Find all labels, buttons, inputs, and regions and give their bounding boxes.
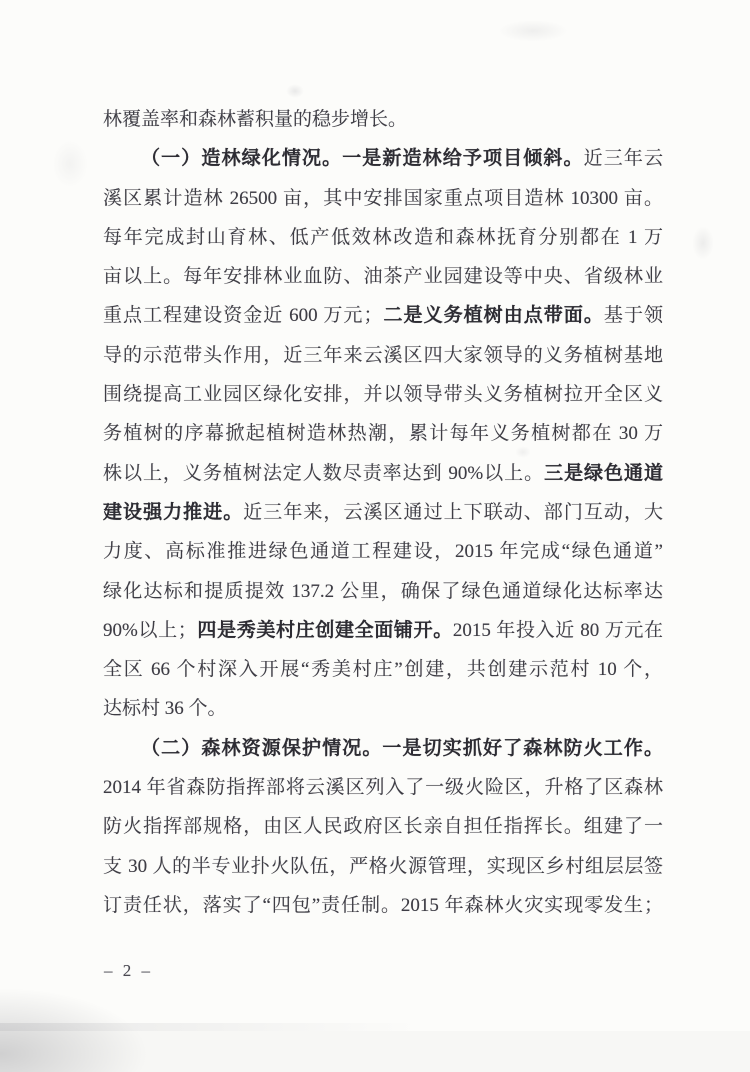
text-segment: 围绕提高工业园区绿化安排，并以领导带头义务植树拉开全区义 <box>103 384 663 405</box>
text-segment: 重点工程建设资金近 600 万元； <box>103 305 382 326</box>
scan-artifact <box>0 1023 420 1031</box>
text-line: （二）森林资源保护情况。一是切实抓好了森林防火工作。 <box>103 729 663 768</box>
text-segment: 基于领 <box>604 305 663 326</box>
section-heading-segment: 建设强力推进。 <box>103 502 243 523</box>
text-line: 防火指挥部规格，由区人民政府区长亲自担任指挥长。组建了一 <box>103 807 663 846</box>
text-segment: 达标村 36 个。 <box>103 698 227 719</box>
text-line: 绿化达标和提质提效 137.2 公里，确保了绿色通道绿化达标率达 <box>103 572 663 611</box>
page-number: – 2 – <box>104 961 153 981</box>
section-heading-segment: 三是绿色通道 <box>544 463 663 484</box>
scan-artifact <box>0 982 160 1031</box>
text-line: 每年完成封山育林、低产低效林改造和森林抚育分别都在 1 万 <box>103 218 663 257</box>
text-segment: 亩以上。每年安排林业血防、油茶产业园建设等中央、省级林业 <box>103 266 663 287</box>
text-segment: 力度、高标准推进绿色通道工程建设，2015 年完成“绿色通道” <box>103 541 663 562</box>
text-segment: 溪区累计造林 26500 亩，其中安排国家重点项目造林 10300 亩。 <box>103 188 663 209</box>
text-line: 重点工程建设资金近 600 万元；二是义务植树由点带面。基于领 <box>103 296 663 335</box>
text-segment: 全区 66 个村深入开展“秀美村庄”创建，共创建示范村 10 个， <box>103 659 663 680</box>
text-line: 围绕提高工业园区绿化安排，并以领导带头义务植树拉开全区义 <box>103 375 663 414</box>
text-segment: 近三年云 <box>584 148 663 169</box>
text-line: （一）造林绿化情况。一是新造林给予项目倾斜。近三年云 <box>103 139 663 178</box>
text-line: 支 30 人的半专业扑火队伍，严格火源管理，实现区乡村组层层签 <box>103 847 663 886</box>
text-segment: 每年完成封山育林、低产低效林改造和森林抚育分别都在 1 万 <box>103 227 663 248</box>
document-page: 林覆盖率和森林蓄积量的稳步增长。（一）造林绿化情况。一是新造林给予项目倾斜。近三… <box>0 0 750 1031</box>
text-line: 力度、高标准推进绿色通道工程建设，2015 年完成“绿色通道” <box>103 532 663 571</box>
text-line: 林覆盖率和森林蓄积量的稳步增长。 <box>103 100 663 139</box>
text-line: 亩以上。每年安排林业血防、油茶产业园建设等中央、省级林业 <box>103 257 663 296</box>
scan-artifact <box>52 140 88 188</box>
text-segment: 支 30 人的半专业扑火队伍，严格火源管理，实现区乡村组层层签 <box>103 856 663 877</box>
document-body: 林覆盖率和森林蓄积量的稳步增长。（一）造林绿化情况。一是新造林给予项目倾斜。近三… <box>103 100 663 925</box>
text-segment: 订责任状，落实了“四包”责任制。2015 年森林火灾实现零发生； <box>103 895 663 916</box>
text-line: 订责任状，落实了“四包”责任制。2015 年森林火灾实现零发生； <box>103 886 663 925</box>
text-segment: 株以上，义务植树法定人数尽责率达到 90%以上。 <box>103 463 544 484</box>
text-line: 2014 年省森防指挥部将云溪区列入了一级火险区，升格了区森林 <box>103 768 663 807</box>
text-segment: 2015 年投入近 80 万元在 <box>453 620 663 641</box>
text-line: 建设强力推进。近三年来，云溪区通过上下联动、部门互动，大 <box>103 493 663 532</box>
text-line: 全区 66 个村深入开展“秀美村庄”创建，共创建示范村 10 个， <box>103 650 663 689</box>
scan-artifact <box>692 226 714 260</box>
text-segment: 导的示范带头作用，近三年来云溪区四大家领导的义务植树基地 <box>103 345 663 366</box>
text-segment: 务植树的序幕掀起植树造林热潮，累计每年义务植树都在 30 万 <box>103 423 663 444</box>
text-segment: 90%以上； <box>103 620 197 641</box>
scan-artifact <box>286 84 304 98</box>
text-line: 溪区累计造林 26500 亩，其中安排国家重点项目造林 10300 亩。 <box>103 179 663 218</box>
text-line: 达标村 36 个。 <box>103 689 663 728</box>
text-line: 务植树的序幕掀起植树造林热潮，累计每年义务植树都在 30 万 <box>103 414 663 453</box>
section-heading-segment: （二）森林资源保护情况。一是切实抓好了森林防火工作。 <box>141 738 663 759</box>
scan-artifact <box>498 20 568 42</box>
text-segment: 2014 年省森防指挥部将云溪区列入了一级火险区，升格了区森林 <box>103 777 663 798</box>
text-segment: 防火指挥部规格，由区人民政府区长亲自担任指挥长。组建了一 <box>103 816 663 837</box>
section-heading-segment: 二是义务植树由点带面。 <box>382 305 603 326</box>
text-segment: 绿化达标和提质提效 137.2 公里，确保了绿色通道绿化达标率达 <box>103 581 663 602</box>
text-segment: 近三年来，云溪区通过上下联动、部门互动，大 <box>243 502 663 523</box>
section-heading-segment: 四是秀美村庄创建全面铺开。 <box>197 620 453 641</box>
text-line: 90%以上；四是秀美村庄创建全面铺开。2015 年投入近 80 万元在 <box>103 611 663 650</box>
text-line: 株以上，义务植树法定人数尽责率达到 90%以上。三是绿色通道 <box>103 454 663 493</box>
text-segment: 林覆盖率和森林蓄积量的稳步增长。 <box>103 109 407 130</box>
section-heading-segment: （一）造林绿化情况。一是新造林给予项目倾斜。 <box>141 148 584 169</box>
text-line: 导的示范带头作用，近三年来云溪区四大家领导的义务植树基地 <box>103 336 663 375</box>
